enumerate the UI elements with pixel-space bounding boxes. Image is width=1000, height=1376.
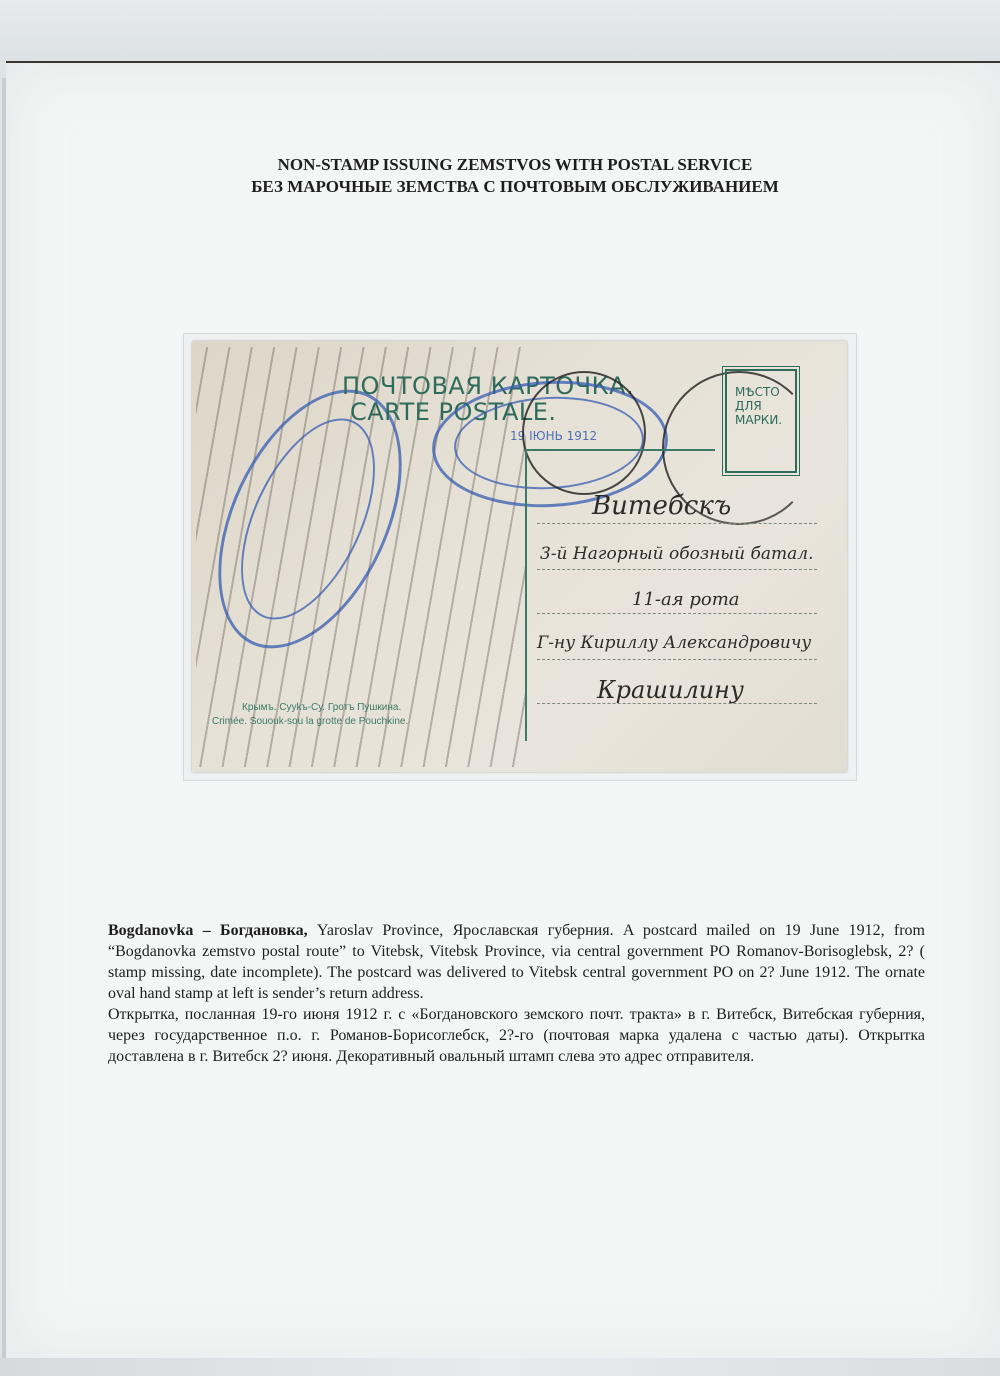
page-title-ru: БЕЗ МАРОЧНЫЕ ЗЕМСТВА С ПОЧТОВЫМ ОБСЛУЖИВ… <box>0 176 1000 198</box>
stamp-place-box: МѢСТО ДЛЯ МАРКИ. <box>725 369 797 473</box>
caption-fr: Crimée. Sououk-sou la grotte de Pouchkin… <box>212 715 408 729</box>
address-company: 11-ая рота <box>632 589 740 610</box>
scanner-background-bottom <box>0 1358 1000 1376</box>
description: Bogdanovka – Богдановка, Yaroslav Provin… <box>108 920 925 1067</box>
stamp-box-line: ДЛЯ <box>735 399 795 413</box>
vitebsk-cancel-postmark <box>522 371 646 495</box>
address-line <box>537 523 817 524</box>
locality-name: Bogdanovka – Богдановка, <box>108 922 308 939</box>
description-ru: Открытка, посланная 19-го июня 1912 г. с… <box>108 1004 925 1067</box>
stamp-box-line: МѢСТО <box>735 385 795 399</box>
scanner-background <box>0 0 1000 62</box>
postcard-image: ПОЧТОВАЯ КАРТОЧКА. CARTE POSTALE. 19 ІЮН… <box>192 341 847 772</box>
address-line <box>537 569 817 570</box>
page-title: NON-STAMP ISSUING ZEMSTVOS WITH POSTAL S… <box>0 154 1000 198</box>
postcard-caption: Крымъ. Сууkъ-Су. Гротъ Пушкина. Crimée. … <box>212 701 408 729</box>
address-city: Витебскъ <box>592 491 731 521</box>
address-unit: 3-й Нагорный обозный батал. <box>540 544 814 564</box>
description-en: Bogdanovka – Богдановка, Yaroslav Provin… <box>108 920 925 1004</box>
address-recipient: Г-ну Кириллу Александровичу <box>537 633 811 653</box>
address-line <box>537 613 817 614</box>
stamp-box-line: МАРКИ. <box>735 413 795 427</box>
caption-ru: Крымъ. Сууkъ-Су. Гротъ Пушкина. <box>212 701 408 715</box>
address-surname: Крашилину <box>597 676 744 704</box>
address-line <box>537 659 817 660</box>
postcard-divider-vertical <box>525 451 527 741</box>
postcard-divider-horizontal <box>525 449 715 451</box>
page-title-en: NON-STAMP ISSUING ZEMSTVOS WITH POSTAL S… <box>0 154 1000 176</box>
